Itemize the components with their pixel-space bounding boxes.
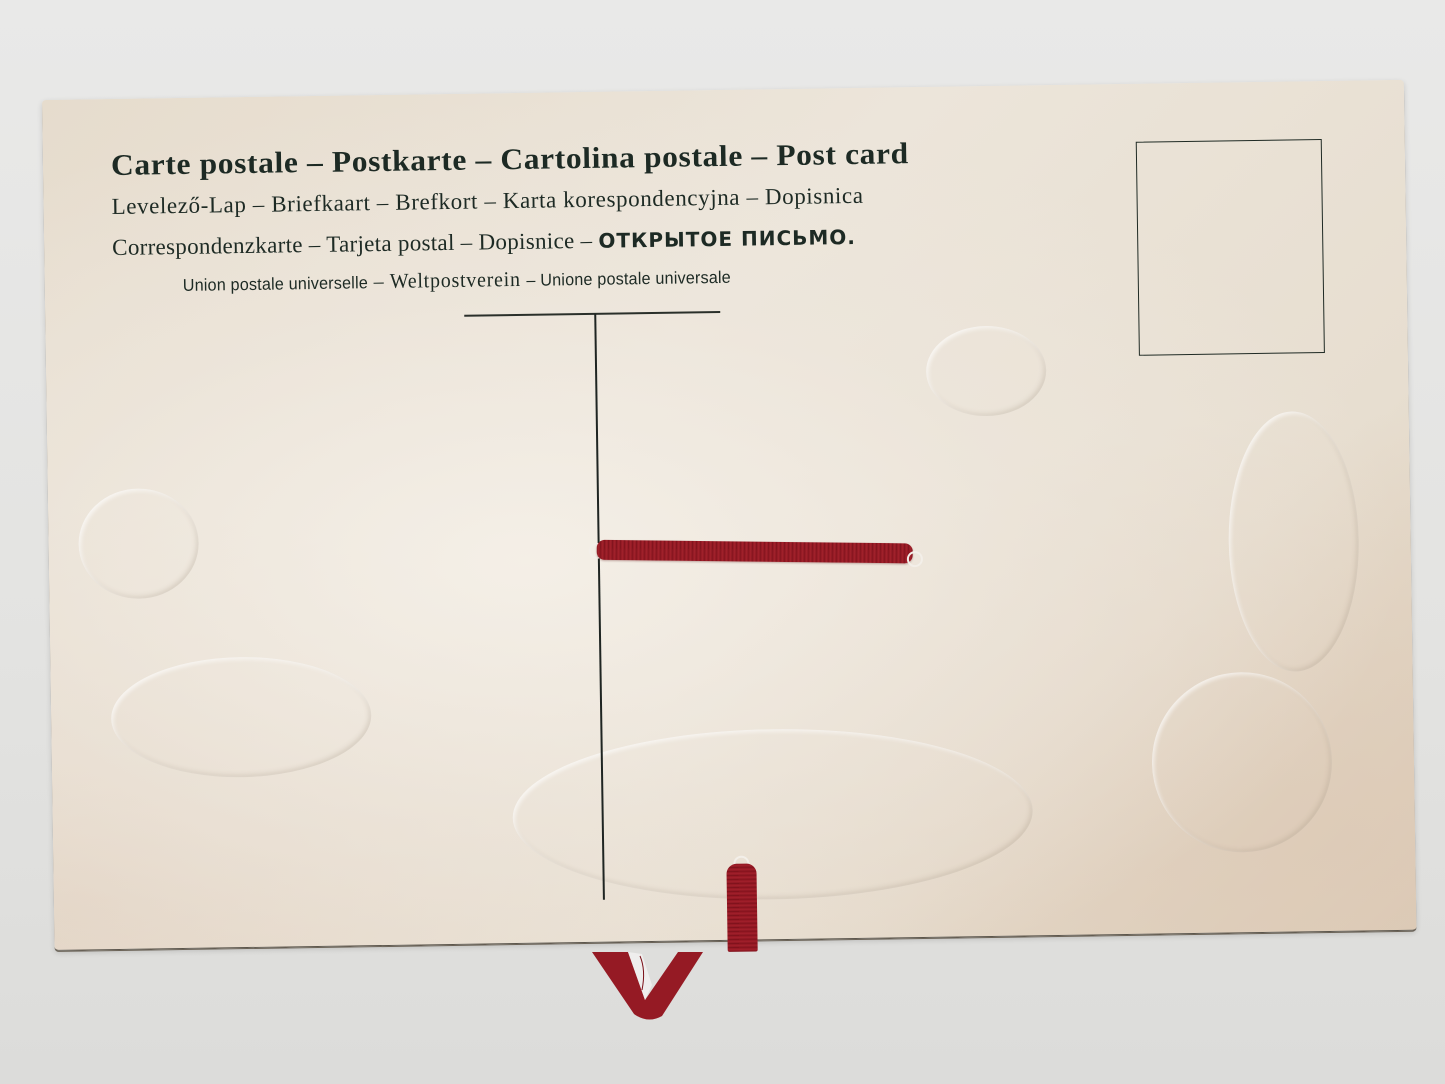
upu-french: Union postale universelle [183, 273, 368, 295]
divider-horizontal [464, 311, 720, 317]
embossed-swirl-left [110, 655, 372, 779]
ribbon-strap [597, 540, 913, 564]
header-line-3-russian: ОТКРЫТОЕ ПИСЬМО. [598, 225, 856, 253]
upu-italian: – Unione postale universale [526, 268, 731, 290]
ribbon-hole-right [907, 551, 923, 567]
header-line-3-regular: Correspondenzkarte – Tarjeta postal – Do… [112, 228, 599, 260]
ribbon-tab [726, 863, 757, 951]
embossed-leaf-right [1151, 671, 1334, 854]
stamp-box [1136, 139, 1325, 356]
header-line-1: Carte postale – Postkarte – Cartolina po… [111, 137, 909, 183]
embossed-shell-right [1227, 411, 1361, 673]
header-line-3: Correspondenzkarte – Tarjeta postal – Do… [112, 224, 856, 261]
upu-german: – Weltpostverein [368, 267, 527, 293]
embossed-scroll-left [78, 488, 200, 600]
header-line-2: Levelező-Lap – Briefkaart – Brefkort – K… [111, 183, 863, 220]
embossed-oval-bottom [511, 725, 1033, 903]
embossed-grapes [925, 325, 1046, 417]
ribbon-loop [590, 950, 705, 1022]
postcard: Carte postale – Postkarte – Cartolina po… [42, 80, 1416, 951]
header-line-4: Union postale universelle – Weltpostvere… [183, 264, 732, 297]
